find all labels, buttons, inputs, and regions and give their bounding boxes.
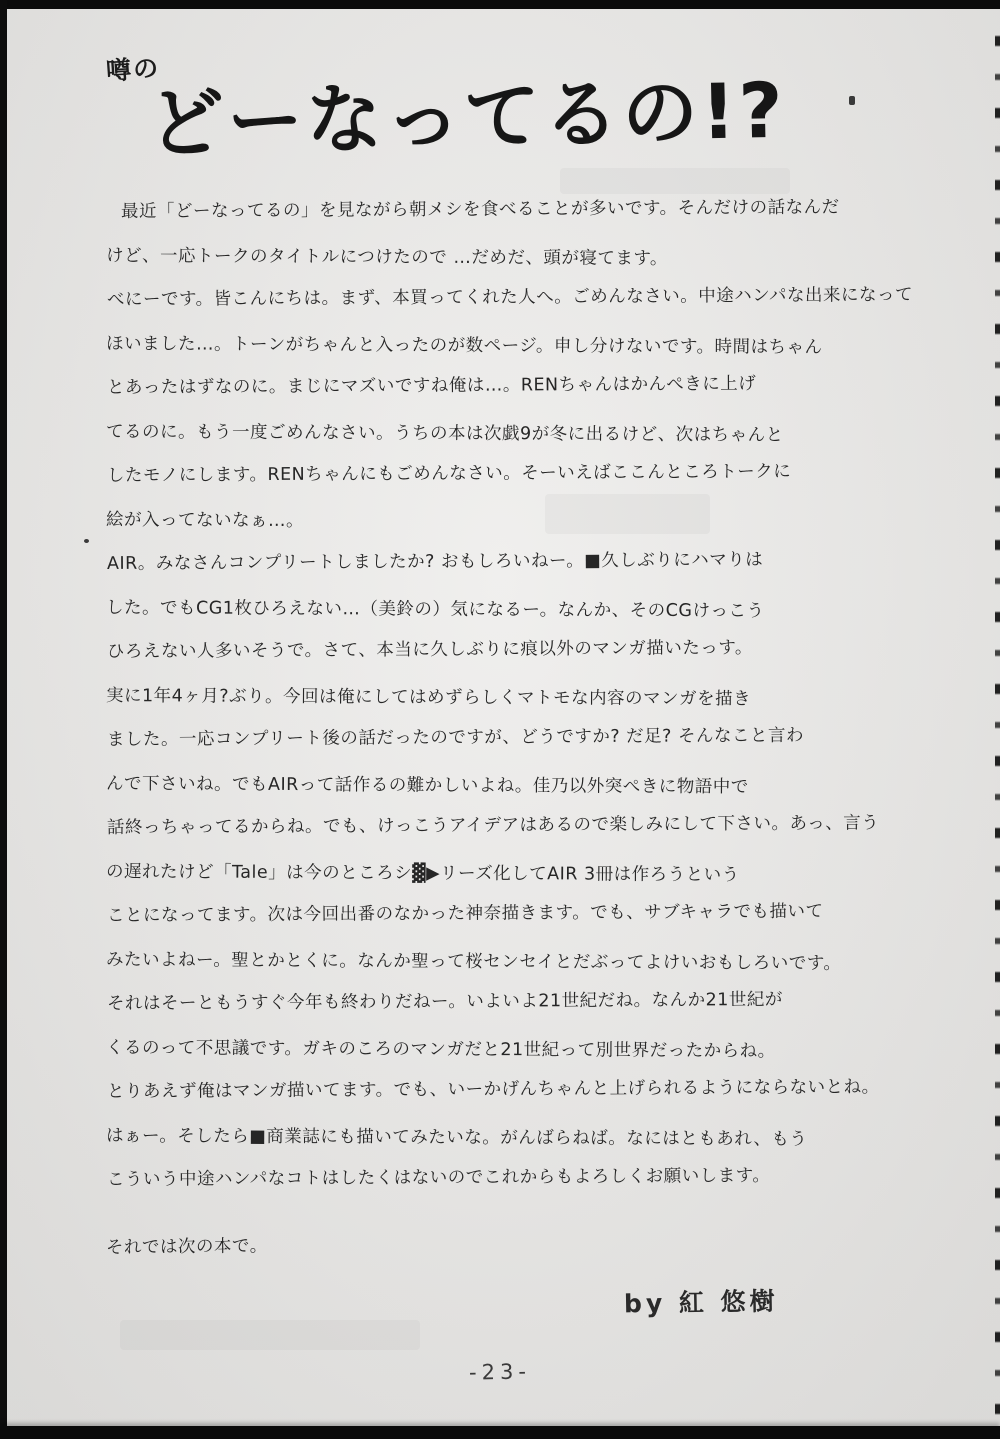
text-line: それはそーともうすぐ今年も終わりだねー。いよいよ21世紀だね。なんか21世紀が [107, 977, 943, 1026]
text-line: それでは次の本で。 [106, 1217, 942, 1270]
scanned-page: 噂の どーなってるの!? 最近「どーなってるの」を見ながら朝メシを食べることが多… [0, 0, 1000, 1439]
scan-edge-left [0, 0, 7, 1439]
text-line: とりあえず俺はマンガ描いてます。でも、いーかげんちゃんと上げられるようにならない… [107, 1065, 943, 1114]
scan-edge-bottom [0, 1426, 1000, 1439]
text-line: AIR。みなさんコンプリートしましたか? おもしろいねー。■久しぶりにハマりは [107, 537, 943, 586]
bleedthrough-shade [120, 1320, 420, 1350]
author-signature: by 紅 悠樹 [624, 1282, 779, 1321]
scan-edge-top [0, 0, 1000, 9]
page-title: どーなってるの!? [147, 62, 909, 169]
text-line: したモノにします。RENちゃんにもごめんなさい。そーいえばここんところトークに [107, 449, 943, 498]
body-text: 最近「どーなってるの」を見ながら朝メシを食べることが多いです。そんだけの話なんだ… [106, 190, 942, 1270]
text-line: ことになってます。次は今回出番のなかった神奈描きます。でも、サブキャラでも描いて [107, 889, 943, 938]
stray-mark [84, 539, 89, 543]
text-line: ひろえない人多いそうで。さて、本当に久しぶりに痕以外のマンガ描いたっす。 [107, 625, 943, 674]
text-line: べにーです。皆こんにちは。まず、本買ってくれた人へ。ごめんなさい。中途ハンパな出… [107, 273, 943, 322]
text-line: こういう中途ハンパなコトはしたくはないのでこれからもよろしくお願いします。 [107, 1153, 943, 1202]
text-line: とあったはずなのに。まじにマズいですね俺は…。RENちゃんはかんぺきに上げ [107, 361, 943, 410]
text-line: ました。一応コンプリート後の話だったのですが、どうですか? だ足? そんなこと言… [107, 713, 943, 762]
text-line: 話終っちゃってるからね。でも、けっこうアイデアはあるので楽しみにして下さい。あっ… [107, 801, 943, 850]
scan-edge-right [995, 9, 1000, 1424]
text-line: 最近「どーなってるの」を見ながら朝メシを食べることが多いです。そんだけの話なんだ [107, 185, 943, 234]
page-number: -23- [0, 1351, 1000, 1392]
